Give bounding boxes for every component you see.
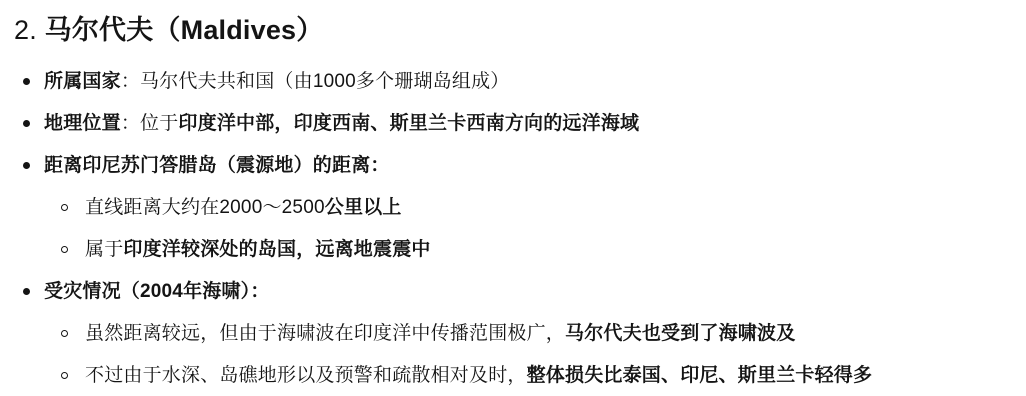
text-bold: 地理位置 xyxy=(44,113,121,134)
document: 2. 马尔代夫（Maldives） 所属国家：马尔代夫共和国（由1000多个珊瑚… xyxy=(0,0,1026,390)
text-bold: 马尔代夫（Maldives） xyxy=(45,15,324,45)
list-item-distance-heading: 距离印尼苏门答腊岛（震源地）的距离： xyxy=(14,152,1010,180)
text-regular: ：马尔代夫共和国（由1000多个珊瑚岛组成） xyxy=(121,71,510,92)
text-bold: 印度洋中部，印度西南、斯里兰卡西南方向的远洋海域 xyxy=(178,113,639,134)
list-item-disaster-losses: 不过由于水深、岛礁地形以及预警和疏散相对及时，整体损失比泰国、印尼、斯里兰卡轻得… xyxy=(14,362,1010,390)
text-bold: 距离印尼苏门答腊岛（震源地）的距离： xyxy=(44,155,390,176)
text-bold: 所属国家 xyxy=(44,71,121,92)
list-item-disaster-affected: 虽然距离较远，但由于海啸波在印度洋中传播范围极广，马尔代夫也受到了海啸波及 xyxy=(14,320,1010,348)
list-item-distance-straightline: 直线距离大约在2000～2500公里以上 xyxy=(14,194,1010,222)
bullet-list: 所属国家：马尔代夫共和国（由1000多个珊瑚岛组成） 地理位置：位于印度洋中部，… xyxy=(14,68,1010,390)
list-item-location: 地理位置：位于印度洋中部，印度西南、斯里兰卡西南方向的远洋海域 xyxy=(14,110,1010,138)
text-bold: 受灾情况（2004年海啸）： xyxy=(44,281,270,302)
list-item-disaster-heading: 受灾情况（2004年海啸）： xyxy=(14,278,1010,306)
text-regular: ：位于 xyxy=(121,113,179,134)
page-title: 2. 马尔代夫（Maldives） xyxy=(14,14,1010,46)
text-regular: 属于 xyxy=(85,239,123,260)
list-item-distance-deepocean: 属于印度洋较深处的岛国，远离地震震中 xyxy=(14,236,1010,264)
list-item-country: 所属国家：马尔代夫共和国（由1000多个珊瑚岛组成） xyxy=(14,68,1010,96)
text-regular: 直线距离大约在2000～2500 xyxy=(85,197,325,218)
text-regular: 2. xyxy=(14,15,45,45)
text-regular: 不过由于水深、岛礁地形以及预警和疏散相对及时， xyxy=(85,365,527,386)
text-bold: 马尔代夫也受到了海啸波及 xyxy=(565,323,795,344)
text-bold: 印度洋较深处的岛国，远离地震震中 xyxy=(123,239,430,260)
text-bold: 公里以上 xyxy=(325,197,402,218)
text-regular: 虽然距离较远，但由于海啸波在印度洋中传播范围极广， xyxy=(85,323,565,344)
text-bold: 整体损失比泰国、印尼、斯里兰卡轻得多 xyxy=(527,365,873,386)
